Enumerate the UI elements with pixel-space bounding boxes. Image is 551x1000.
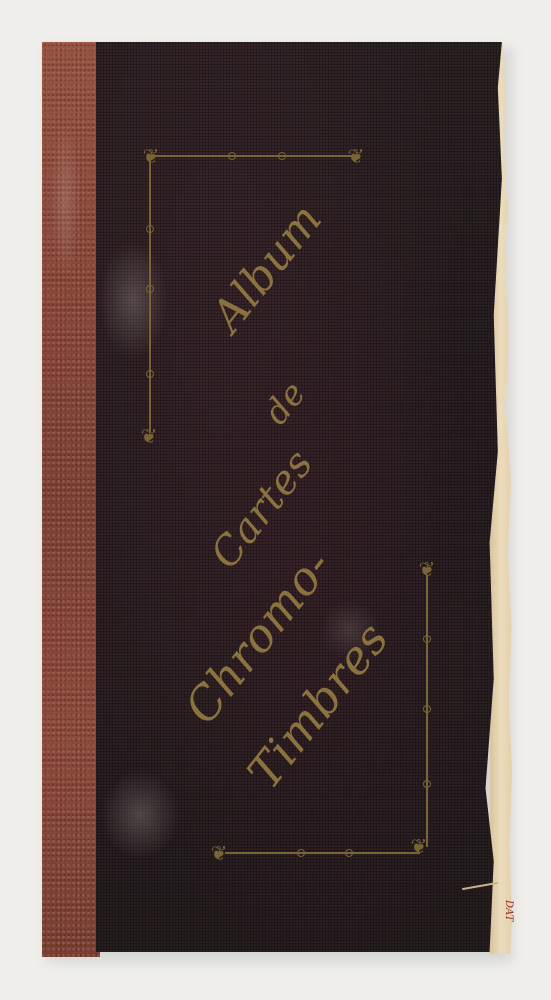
border-knot-icon — [345, 849, 353, 857]
border-knot-icon — [146, 225, 154, 233]
cover-scuff — [98, 240, 168, 360]
border-knot-icon — [297, 849, 305, 857]
corner-flourish-icon: ❦ — [408, 835, 430, 857]
bottom-border-line — [225, 852, 420, 854]
photo-stage: ❦ ❦ ❦ ❦ ❦ ❦ Album de Cartes Chromo- Timb… — [0, 0, 551, 1000]
border-knot-icon — [146, 370, 154, 378]
top-border-line — [155, 155, 355, 157]
border-knot-icon — [423, 635, 431, 643]
spine-wear — [50, 120, 80, 280]
corner-flourish-icon: ❦ — [345, 145, 367, 167]
corner-flourish-icon: ❦ — [138, 425, 160, 447]
corner-flourish-icon: ❦ — [140, 145, 162, 167]
border-knot-icon — [228, 152, 236, 160]
cover-scuff — [100, 770, 180, 860]
left-border-line — [149, 162, 151, 432]
border-knot-icon — [146, 285, 154, 293]
border-knot-icon — [423, 780, 431, 788]
border-knot-icon — [278, 152, 286, 160]
corner-flourish-icon: ❦ — [208, 842, 230, 864]
corner-flourish-icon: ❦ — [416, 558, 438, 580]
border-knot-icon — [423, 705, 431, 713]
collection-stamp: DAT — [503, 900, 513, 921]
